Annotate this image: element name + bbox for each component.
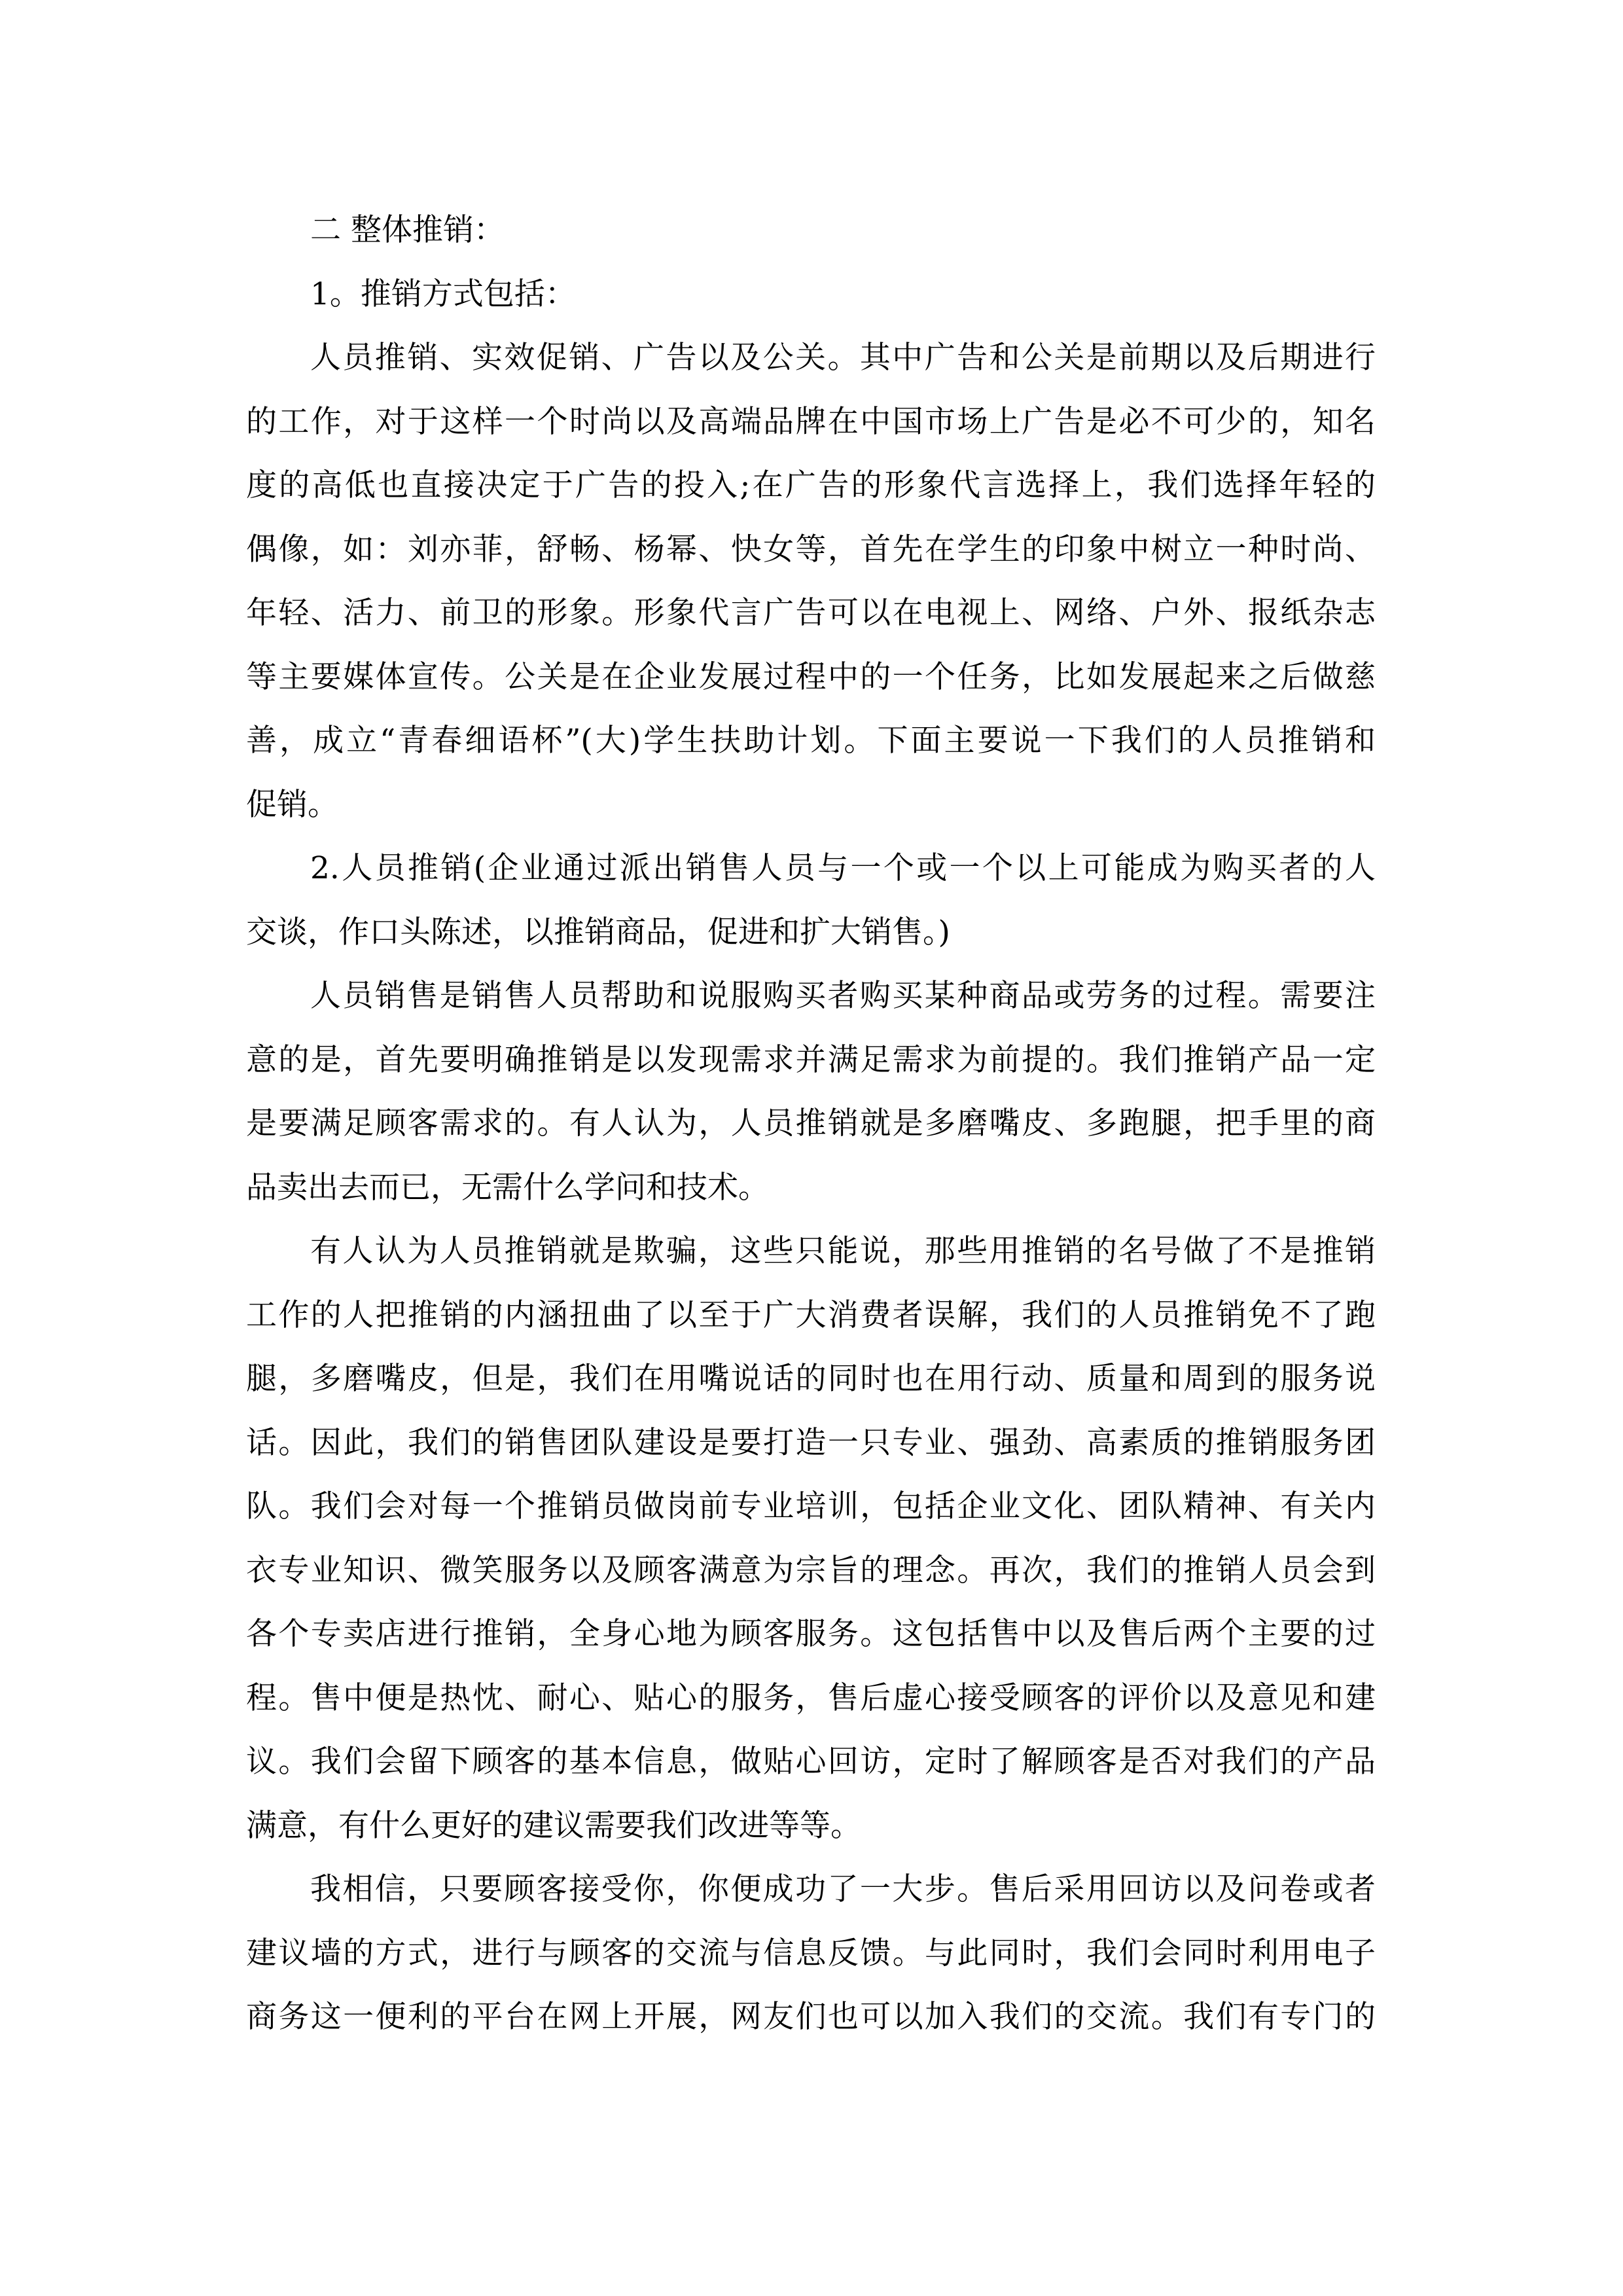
paragraph-line: 度的高低也直接决定于广告的投入;在广告的形象代言选择上，我们选择年轻的 (246, 454, 1376, 518)
paragraph-line: 建议墙的方式，进行与顾客的交流与信息反馈。与此同时，我们会同时利用电子 (246, 1922, 1376, 1986)
paragraph-line: 交谈，作口头陈述，以推销商品，促进和扩大销售。) (246, 901, 1376, 965)
paragraph-line: 队。我们会对每一个推销员做岗前专业培训，包括企业文化、团队精神、有关内 (246, 1475, 1376, 1539)
paragraph-line: 品卖出去而已，无需什么学问和技术。 (246, 1156, 1376, 1220)
paragraph-line: 促销。 (246, 773, 1376, 837)
paragraph-line: 商务这一便利的平台在网上开展，网友们也可以加入我们的交流。我们有专门的 (246, 1985, 1376, 2049)
subheading-personal-selling: 2.人员推销(企业通过派出销售人员与一个或一个以上可能成为购买者的人 (246, 836, 1376, 901)
paragraph-line: 有人认为人员推销就是欺骗，这些只能说，那些用推销的名号做了不是推销 (246, 1219, 1376, 1283)
paragraph-line: 人员推销、实效促销、广告以及公关。其中广告和公关是前期以及后期进行 (246, 326, 1376, 390)
subheading-promotion-methods: 1。推销方式包括： (246, 262, 1376, 327)
paragraph-line: 是要满足顾客需求的。有人认为，人员推销就是多磨嘴皮、多跑腿，把手里的商 (246, 1092, 1376, 1156)
paragraph-line: 人员销售是销售人员帮助和说服购买者购买某种商品或劳务的过程。需要注 (246, 964, 1376, 1028)
paragraph-line: 意的是，首先要明确推销是以发现需求并满足需求为前提的。我们推销产品一定 (246, 1028, 1376, 1092)
section-heading: 二 整体推销： (246, 198, 1376, 262)
paragraph-line: 偶像，如：刘亦菲，舒畅、杨幂、快女等，首先在学生的印象中树立一种时尚、 (246, 518, 1376, 582)
paragraph-line: 满意，有什么更好的建议需要我们改进等等。 (246, 1794, 1376, 1858)
document-page: 二 整体推销： 1。推销方式包括： 人员推销、实效促销、广告以及公关。其中广告和… (0, 0, 1623, 2296)
paragraph-line: 我相信，只要顾客接受你，你便成功了一大步。售后采用回访以及问卷或者 (246, 1857, 1376, 1922)
paragraph-line: 工作的人把推销的内涵扭曲了以至于广大消费者误解，我们的人员推销免不了跑 (246, 1283, 1376, 1348)
paragraph-line: 腿，多磨嘴皮，但是，我们在用嘴说话的同时也在用行动、质量和周到的服务说 (246, 1347, 1376, 1411)
paragraph-line: 等主要媒体宣传。公关是在企业发展过程中的一个任务，比如发展起来之后做慈 (246, 645, 1376, 709)
paragraph-line: 年轻、活力、前卫的形象。形象代言广告可以在电视上、网络、户外、报纸杂志 (246, 581, 1376, 645)
paragraph-line: 议。我们会留下顾客的基本信息，做贴心回访，定时了解顾客是否对我们的产品 (246, 1730, 1376, 1794)
paragraph-line: 善，成立“青春细语杯”(大)学生扶助计划。下面主要说一下我们的人员推销和 (246, 709, 1376, 773)
paragraph-line: 衣专业知识、微笑服务以及顾客满意为宗旨的理念。再次，我们的推销人员会到 (246, 1539, 1376, 1603)
paragraph-line: 各个专卖店进行推销，全身心地为顾客服务。这包括售中以及售后两个主要的过 (246, 1602, 1376, 1666)
document-body: 二 整体推销： 1。推销方式包括： 人员推销、实效促销、广告以及公关。其中广告和… (246, 198, 1376, 2049)
paragraph-line: 程。售中便是热忱、耐心、贴心的服务，售后虚心接受顾客的评价以及意见和建 (246, 1666, 1376, 1731)
paragraph-line: 的工作，对于这样一个时尚以及高端品牌在中国市场上广告是必不可少的，知名 (246, 390, 1376, 454)
paragraph-line: 话。因此，我们的销售团队建设是要打造一只专业、强劲、高素质的推销服务团 (246, 1411, 1376, 1475)
